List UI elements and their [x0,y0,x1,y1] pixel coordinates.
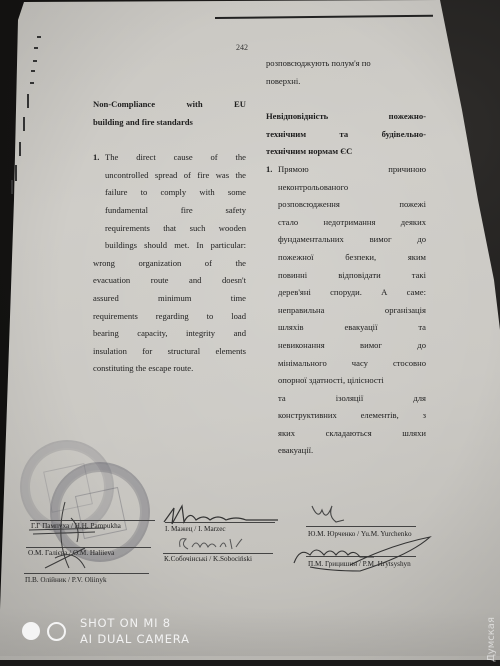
handwritten-signature [176,535,246,558]
item-line: requirements that such wooden [93,220,246,238]
handwritten-signature [308,502,348,533]
margin-mark [37,36,41,38]
item-line: bearing capacity, integrity and [93,325,246,343]
margin-mark [15,165,17,181]
source-credit: Думская [486,617,497,662]
handwritten-signature [160,500,280,535]
margin-mark [34,47,38,49]
item-number: 1. [93,149,99,167]
item-line: яких складаються шляхи [266,425,426,443]
ukrainian-column: розповсюджують полум'я по поверхні. Неві… [266,55,426,460]
item-line: фундаментальних вимог до [266,231,426,249]
item-line: failure to comply with some [93,184,246,202]
ukrainian-item-1: 1. Прямою причиною неконтрольованого роз… [266,161,426,460]
item-line: стало недотримання деяких [266,214,426,232]
item-line: Прямою причиною [266,161,426,179]
item-line: assured minimum time [93,290,246,308]
watermark-line-1: SHOT ON MI 8 [80,616,171,630]
item-line: мінімального часу стосовно [266,355,426,373]
item-line: wrong organization of the [93,255,246,273]
item-line: конструктивних елементів, з [266,407,426,425]
item-line: evacuation route and doesn't [93,272,246,290]
ukrainian-preceding-text: розповсюджують полум'я по поверхні. [266,55,426,90]
heading-line: технічним та будівельно- [266,126,426,144]
english-column: Non-Compliance with EU building and fire… [93,96,246,378]
margin-mark [11,180,13,194]
english-heading: Non-Compliance with EU building and fire… [93,96,246,131]
item-line: The direct cause of the [93,149,246,167]
margin-mark [33,60,37,62]
item-line: невиконання вимог до [266,337,426,355]
item-number: 1. [266,161,272,179]
ukrainian-heading: Невідповідність пожежно- технічним та бу… [266,108,426,161]
item-line: constituting the escape route. [93,360,246,378]
camera-logo-dot-filled-icon [22,622,40,640]
margin-mark [30,82,34,84]
item-line: requirements regarding to load [93,308,246,326]
item-line: insulation for structural elements [93,343,246,361]
item-line: неконтрольованого [266,179,426,197]
item-line: розповсюдження пожежі [266,196,426,214]
heading-line: Non-Compliance with EU [93,96,246,114]
item-line: uncontrolled spread of fire was the [93,167,246,185]
item-line: buildings should met. In particular: [93,237,246,255]
page-number: 242 [236,43,248,52]
margin-mark [27,94,29,108]
margin-mark [19,142,21,156]
item-line: неправильна організація [266,302,426,320]
bottom-dark-edge [0,660,500,666]
handwritten-signature [25,498,115,583]
item-line: та ізоляції для [266,390,426,408]
handwritten-signature [290,535,440,580]
item-line: дерев'яні споруди. А саме: [266,284,426,302]
watermark-line-2: AI DUAL CAMERA [80,632,190,646]
heading-line: технічним нормам ЄС [266,143,426,161]
item-line: евакуації. [266,442,426,460]
heading-line: building and fire standards [93,114,246,132]
item-line: fundamental fire safety [93,202,246,220]
camera-logo-dot-ring-icon [47,622,66,641]
margin-mark [31,70,35,72]
text-line: розповсюджують полум'я по [266,55,426,73]
text-line: поверхні. [266,73,426,91]
margin-mark [23,117,25,131]
item-line: опорної здатності, цілісності [266,372,426,390]
item-line: шляхів евакуації та [266,319,426,337]
english-item-1: 1. The direct cause of the uncontrolled … [93,149,246,378]
item-line: пожежної безпеки, яким [266,249,426,267]
heading-line: Невідповідність пожежно- [266,108,426,126]
item-line: повинні відповідати такі [266,267,426,285]
camera-watermark [0,608,500,656]
